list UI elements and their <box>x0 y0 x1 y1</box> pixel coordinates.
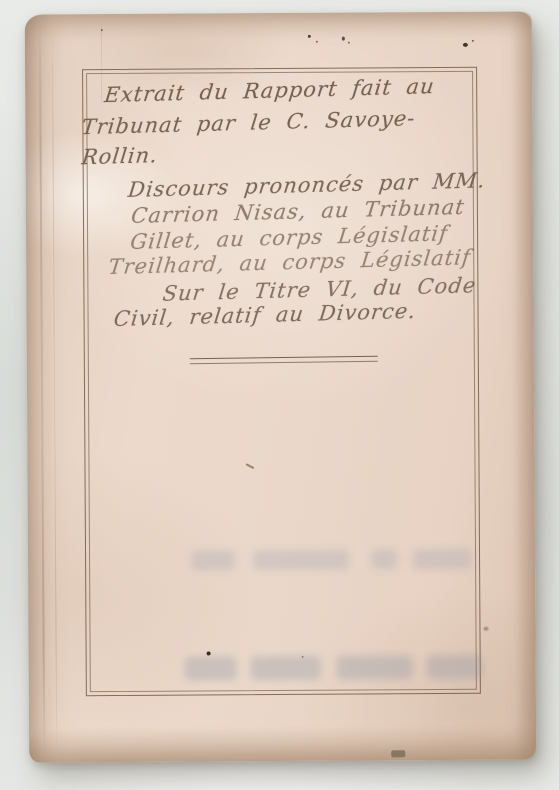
handwritten-line: Rollin. <box>81 145 159 168</box>
ink-speck <box>302 656 304 658</box>
photo-backdrop: Extrait du Rapport fait au Tribunat par … <box>0 0 559 790</box>
ink-speck <box>348 42 350 44</box>
ink-speck <box>342 37 345 41</box>
bleedthrough-blot <box>371 549 397 569</box>
bleedthrough-blot <box>251 656 321 680</box>
ink-speck <box>308 35 311 38</box>
bottom-edge-notch <box>391 750 405 757</box>
bleedthrough-blot <box>185 656 237 680</box>
book-bottom-page-edges <box>29 725 536 762</box>
bleedthrough-blot <box>337 655 413 679</box>
ink-speck <box>472 40 474 42</box>
ink-speck <box>101 29 103 31</box>
book-right-edge-shading <box>510 11 537 759</box>
bleedthrough-blot <box>253 550 349 571</box>
bleedthrough-blot <box>191 550 235 570</box>
bleedthrough-blot <box>427 655 482 679</box>
ink-speck <box>463 43 468 47</box>
bleedthrough-text-lower <box>172 651 482 685</box>
ink-speck <box>316 41 318 43</box>
bleedthrough-text-upper <box>186 544 471 576</box>
bleedthrough-blot <box>413 549 471 569</box>
stain-smudge <box>483 627 488 631</box>
ink-speck <box>207 651 211 655</box>
book-cover: Extrait du Rapport fait au Tribunat par … <box>25 11 537 762</box>
